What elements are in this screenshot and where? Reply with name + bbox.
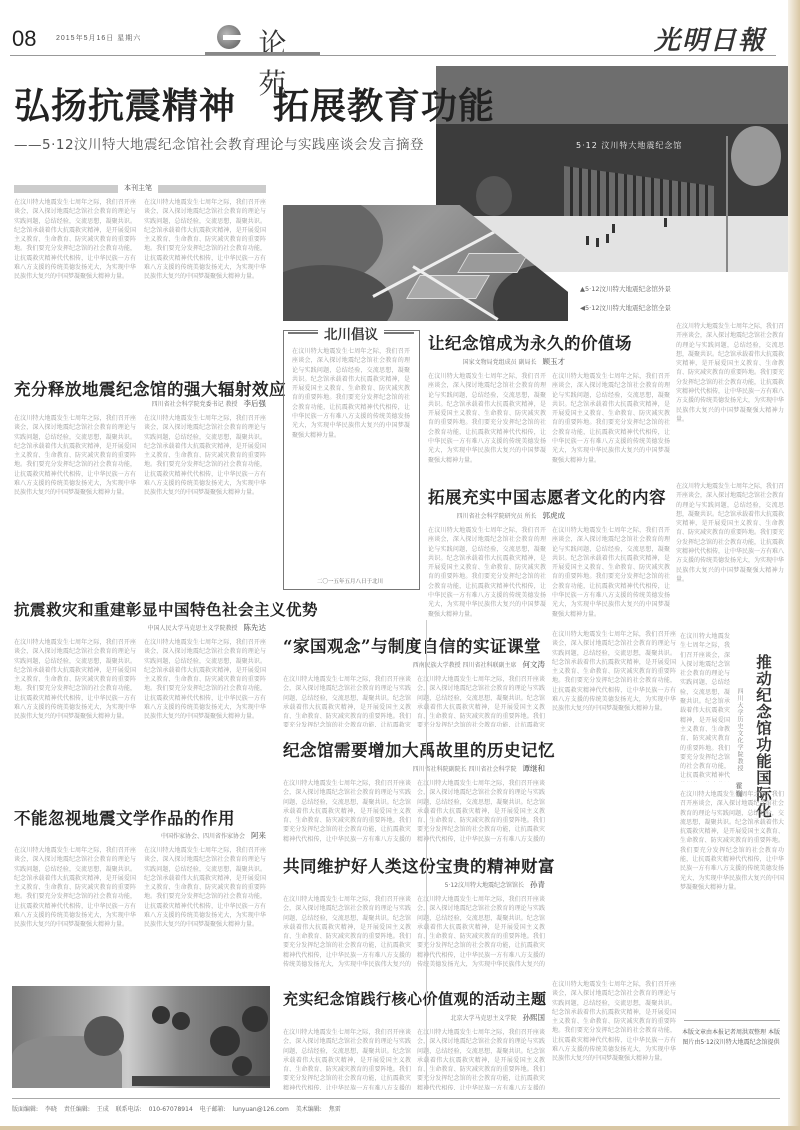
masthead-rule (10, 55, 776, 56)
article-body: 在汶川特大地震发生七周年之际，我们召开座谈会，深入探讨地震纪念馆社会教育的理论与… (283, 1028, 411, 1090)
article-title: 抗震救灾和重建彰显中国特色社会主义优势 (14, 598, 318, 620)
editor-note: 本版文章由本报记者周洪双整理 本版图片由5·12汶川特大地震纪念馆提供 (682, 1028, 780, 1048)
box-title: 北川倡议 (318, 327, 384, 343)
page-number: 08 (12, 26, 36, 52)
article-body: 在汶川特大地震发生七周年之际，我们召开座谈会，深入探讨地震纪念馆社会教育的理论与… (552, 526, 670, 622)
article-body: 在汶川特大地震发生七周年之际，我们召开座谈会，深入探讨地震纪念馆社会教育的理论与… (417, 895, 545, 967)
column-divider (426, 620, 427, 1090)
article-title: “家国观念”与制度自信的实证课堂 (283, 633, 541, 657)
newspaper-page: 08 2015年5月16日 星期六 论苑 光明日報 5·12 汶川特大地震纪念馆… (0, 0, 788, 1130)
article-body: 在汶川特大地震发生七周年之际，我们召开座谈会，深入探讨地震纪念馆社会教育的理论与… (428, 372, 546, 468)
article-byline: 中国作家协会、四川省作家协会阿来 (130, 830, 266, 841)
article-body: 在汶川特大地震发生七周年之际，我们召开座谈会，深入探讨地震纪念馆社会教育的理论与… (676, 482, 784, 622)
article-title: 让纪念馆成为永久的价值场 (428, 330, 632, 354)
article-byline: 中国人民大学马克思主义学院教授陈先达 (120, 622, 266, 633)
paper-edge-bottom (0, 1126, 800, 1130)
beichuan-initiative-box: 北川倡议 在汶川特大地震发生七周年之际，我们召开座谈会，深入探讨地震纪念馆社会教… (283, 330, 420, 590)
article-body: 在汶川特大地震发生七周年之际，我们召开座谈会，深入探讨地震纪念馆社会教育的理论与… (283, 895, 411, 967)
article-body: 在汶川特大地震发生七周年之际，我们召开座谈会，深入探讨地震纪念馆社会教育的理论与… (680, 632, 730, 782)
caption-2: ◀5·12汶川特大地震纪念馆全景 (580, 299, 671, 318)
footer-rule (12, 1098, 780, 1099)
article-byline: 四川省社会科学院党委书记 教授李后强 (130, 398, 266, 409)
article-body: 在汶川特大地震发生七周年之际，我们召开座谈会，深入探讨地震纪念馆社会教育的理论与… (552, 630, 676, 970)
article-byline: 北京大学马克思主义学院孙熙国 (380, 1012, 545, 1023)
article-body: 在汶川特大地震发生七周年之际，我们召开座谈会，深入探讨地震纪念馆社会教育的理论与… (14, 414, 136, 586)
memorial-sign: 5·12 汶川特大地震纪念馆 (576, 140, 682, 151)
section-header: 论苑 (215, 20, 320, 56)
intro-col-1: 在汶川特大地震发生七周年之际，我们召开座谈会，深入探讨地震纪念馆社会教育的理论与… (14, 198, 136, 350)
subheadline: ——5·12汶川特大地震纪念馆社会教育理论与实践座谈会发言摘登 (14, 133, 424, 153)
article-body: 在汶川特大地震发生七周年之际，我们召开座谈会，深入探讨地震纪念馆社会教育的理论与… (144, 638, 266, 786)
article-byline: 西南民族大学教授 四川省社科联副主席何文涛 (320, 659, 545, 670)
article-byline: 四川省社会科学院研究员 所长郭虎成 (430, 510, 565, 521)
article-body: 在汶川特大地震发生七周年之际，我们召开座谈会，深入探讨地震纪念馆社会教育的理论与… (552, 372, 670, 468)
box-body: 在汶川特大地震发生七周年之际，我们召开座谈会，深入探讨地震纪念馆社会教育的理论与… (292, 347, 410, 573)
article-body: 在汶川特大地震发生七周年之际，我们召开座谈会，深入探讨地震纪念馆社会教育的理论与… (417, 1028, 545, 1090)
newspaper-brand: 光明日報 (654, 20, 766, 57)
photo-captions: ▲5·12汶川特大地震纪念馆外景 ◀5·12汶川特大地震纪念馆全景 (580, 280, 671, 318)
article-body: 在汶川特大地震发生七周年之际，我们召开座谈会，深入探讨地震纪念馆社会教育的理论与… (283, 675, 411, 727)
article-body: 在汶川特大地震发生七周年之际，我们召开座谈会，深入探讨地震纪念馆社会教育的理论与… (676, 322, 784, 468)
article-title: 共同维护好人类这份宝贵的精神财富 (283, 853, 555, 877)
intro-label: 本刊主笔 (118, 183, 158, 193)
article-body: 在汶川特大地震发生七周年之际，我们召开座谈会，深入探讨地震纪念馆社会教育的理论与… (14, 846, 136, 976)
divider (684, 1020, 780, 1021)
article-body: 在汶川特大地震发生七周年之际，我们召开座谈会，深入探讨地震纪念馆社会教育的理论与… (428, 526, 546, 622)
article-body: 在汶川特大地震发生七周年之际，我们召开座谈会，深入探讨地震纪念馆社会教育的理论与… (144, 846, 266, 976)
article-title: 充分释放地震纪念馆的强大辐射效应 (14, 376, 286, 400)
article-title: 纪念馆需要增加大禹故里的历史记忆 (283, 737, 555, 761)
article-body: 在汶川特大地震发生七周年之际，我们召开座谈会，深入探讨地震纪念馆社会教育的理论与… (417, 675, 545, 727)
article-title: 拓展充实中国志愿者文化的内容 (428, 484, 666, 508)
caption-1: ▲5·12汶川特大地震纪念馆外景 (580, 280, 671, 299)
article-body: 在汶川特大地震发生七周年之际，我们召开座谈会，深入探讨地震纪念馆社会教育的理论与… (552, 980, 676, 1090)
article-byline: 国家文物局党组成员 副局长顾玉才 (430, 356, 565, 367)
article-byline: 四川省社科院副院长 四川省社会科学院谭继和 (320, 763, 545, 774)
article-byline-vertical: 四川大学历史文化学院教授霍巍 (734, 688, 744, 798)
article-body: 在汶川特大地震发生七周年之际，我们召开座谈会，深入探讨地震纪念馆社会教育的理论与… (144, 414, 266, 586)
intro-col-2: 在汶川特大地震发生七周年之际，我们召开座谈会，深入探讨地震纪念馆社会教育的理论与… (144, 198, 266, 350)
intro-label-bar: 本刊主笔 (14, 185, 266, 193)
visitors-photo (12, 986, 270, 1088)
article-body: 在汶川特大地震发生七周年之际，我们召开座谈会，深入探讨地震纪念馆社会教育的理论与… (417, 779, 545, 843)
article-body: 在汶川特大地震发生七周年之际，我们召开座谈会，深入探讨地震纪念馆社会教育的理论与… (680, 790, 784, 1010)
article-body: 在汶川特大地震发生七周年之际，我们召开座谈会，深入探讨地震纪念馆社会教育的理论与… (14, 638, 136, 786)
dateline: 2015年5月16日 星期六 (56, 33, 141, 43)
section-logo-icon (217, 25, 241, 49)
page-footer: 版面编辑: 李晓 责任编辑: 王成 联系电话: 010-67078914 电子邮… (12, 1104, 341, 1113)
paper-edge (788, 0, 800, 1130)
article-title: 充实纪念馆践行核心价值观的活动主题 (283, 988, 547, 1009)
article-title: 不能忽视地震文学作品的作用 (14, 805, 235, 829)
main-headline: 弘扬抗震精神 拓展教育功能 (14, 78, 495, 129)
article-byline: 5·12汶川特大地震纪念馆馆长孙青 (320, 879, 545, 890)
box-signature: 二〇一五年五月八日于北川 (317, 577, 383, 585)
article-body: 在汶川特大地震发生七周年之际，我们召开座谈会，深入探讨地震纪念馆社会教育的理论与… (283, 779, 411, 843)
